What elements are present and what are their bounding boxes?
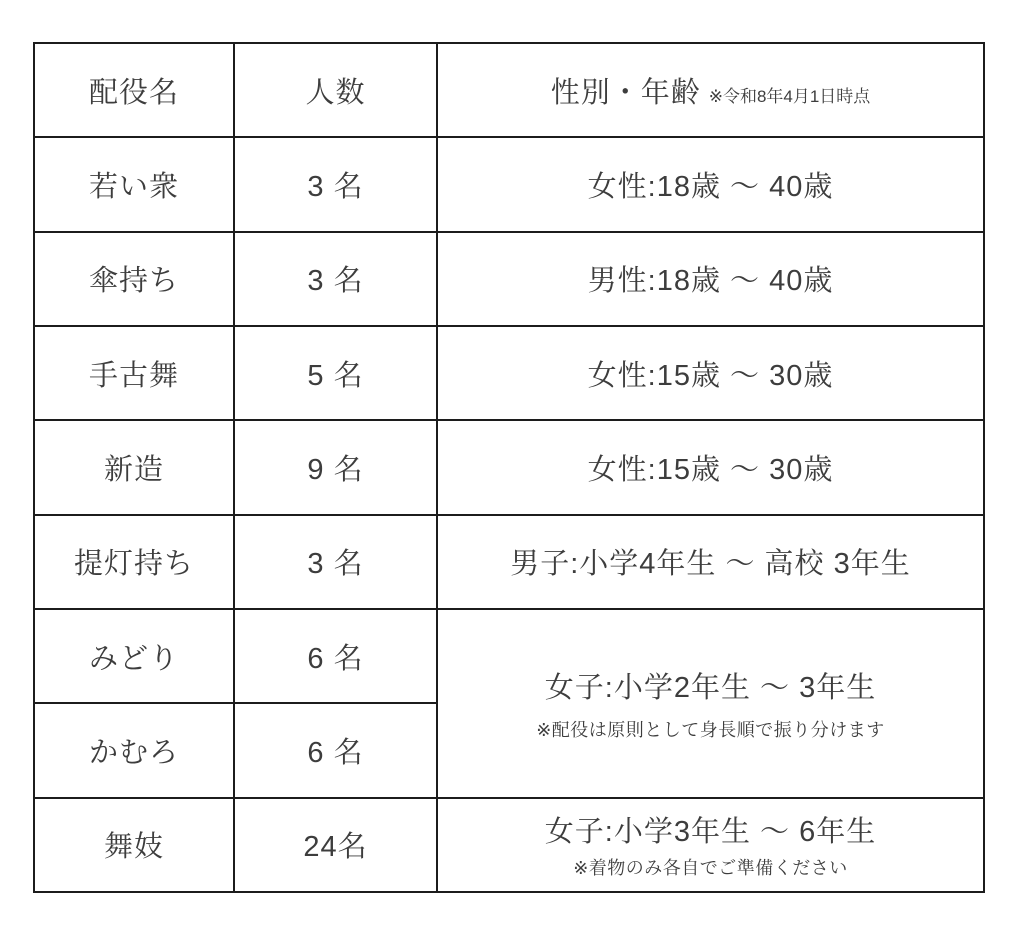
role-cell: 若い衆 — [34, 137, 234, 231]
table-row: 舞妓 24名 女子:小学3年生 〜 6年生 ※着物のみ各自でご準備ください — [34, 798, 984, 892]
table-row: 傘持ち 3 名 男性:18歳 〜 40歳 — [34, 232, 984, 326]
document-page: 配役名 人数 性別・年齢※令和8年4月1日時点 若い衆 3 名 女性:18歳 〜… — [0, 0, 1024, 935]
role-cell: 手古舞 — [34, 326, 234, 420]
role-cell: 新造 — [34, 420, 234, 514]
count-cell: 6 名 — [234, 609, 437, 703]
detail-note: ※着物のみ各自でご準備ください — [438, 854, 983, 880]
table-header-row: 配役名 人数 性別・年齢※令和8年4月1日時点 — [34, 43, 984, 137]
table-row: 提灯持ち 3 名 男子:小学4年生 〜 高校 3年生 — [34, 515, 984, 609]
table-row: みどり 6 名 女子:小学2年生 〜 3年生 ※配役は原則として身長順で振り分け… — [34, 609, 984, 703]
header-gender-age: 性別・年齢※令和8年4月1日時点 — [437, 43, 984, 137]
detail-cell: 女性:15歳 〜 30歳 — [437, 326, 984, 420]
header-gender-age-label: 性別・年齢 — [551, 77, 701, 109]
count-cell: 9 名 — [234, 420, 437, 514]
count-cell: 5 名 — [234, 326, 437, 420]
header-count: 人数 — [234, 43, 437, 137]
table-row: 新造 9 名 女性:15歳 〜 30歳 — [34, 420, 984, 514]
merged-detail-text: 女子:小学2年生 〜 3年生 — [438, 665, 983, 706]
table-row: 手古舞 5 名 女性:15歳 〜 30歳 — [34, 326, 984, 420]
count-cell: 3 名 — [234, 137, 437, 231]
table-row: 若い衆 3 名 女性:18歳 〜 40歳 — [34, 137, 984, 231]
count-cell: 6 名 — [234, 703, 437, 797]
header-role: 配役名 — [34, 43, 234, 137]
count-cell: 24名 — [234, 798, 437, 892]
role-cell: 傘持ち — [34, 232, 234, 326]
casting-table: 配役名 人数 性別・年齢※令和8年4月1日時点 若い衆 3 名 女性:18歳 〜… — [33, 42, 985, 893]
role-cell: みどり — [34, 609, 234, 703]
detail-cell-merged: 女子:小学2年生 〜 3年生 ※配役は原則として身長順で振り分けます — [437, 609, 984, 798]
detail-cell: 男性:18歳 〜 40歳 — [437, 232, 984, 326]
count-cell: 3 名 — [234, 515, 437, 609]
role-cell: 舞妓 — [34, 798, 234, 892]
role-cell: 提灯持ち — [34, 515, 234, 609]
role-cell: かむろ — [34, 703, 234, 797]
detail-cell: 女性:18歳 〜 40歳 — [437, 137, 984, 231]
detail-cell: 男子:小学4年生 〜 高校 3年生 — [437, 515, 984, 609]
merged-detail-note: ※配役は原則として身長順で振り分けます — [438, 716, 983, 742]
count-cell: 3 名 — [234, 232, 437, 326]
header-gender-age-note: ※令和8年4月1日時点 — [709, 87, 871, 106]
detail-text: 女子:小学3年生 〜 6年生 — [438, 809, 983, 850]
detail-cell: 女子:小学3年生 〜 6年生 ※着物のみ各自でご準備ください — [437, 798, 984, 892]
detail-cell: 女性:15歳 〜 30歳 — [437, 420, 984, 514]
